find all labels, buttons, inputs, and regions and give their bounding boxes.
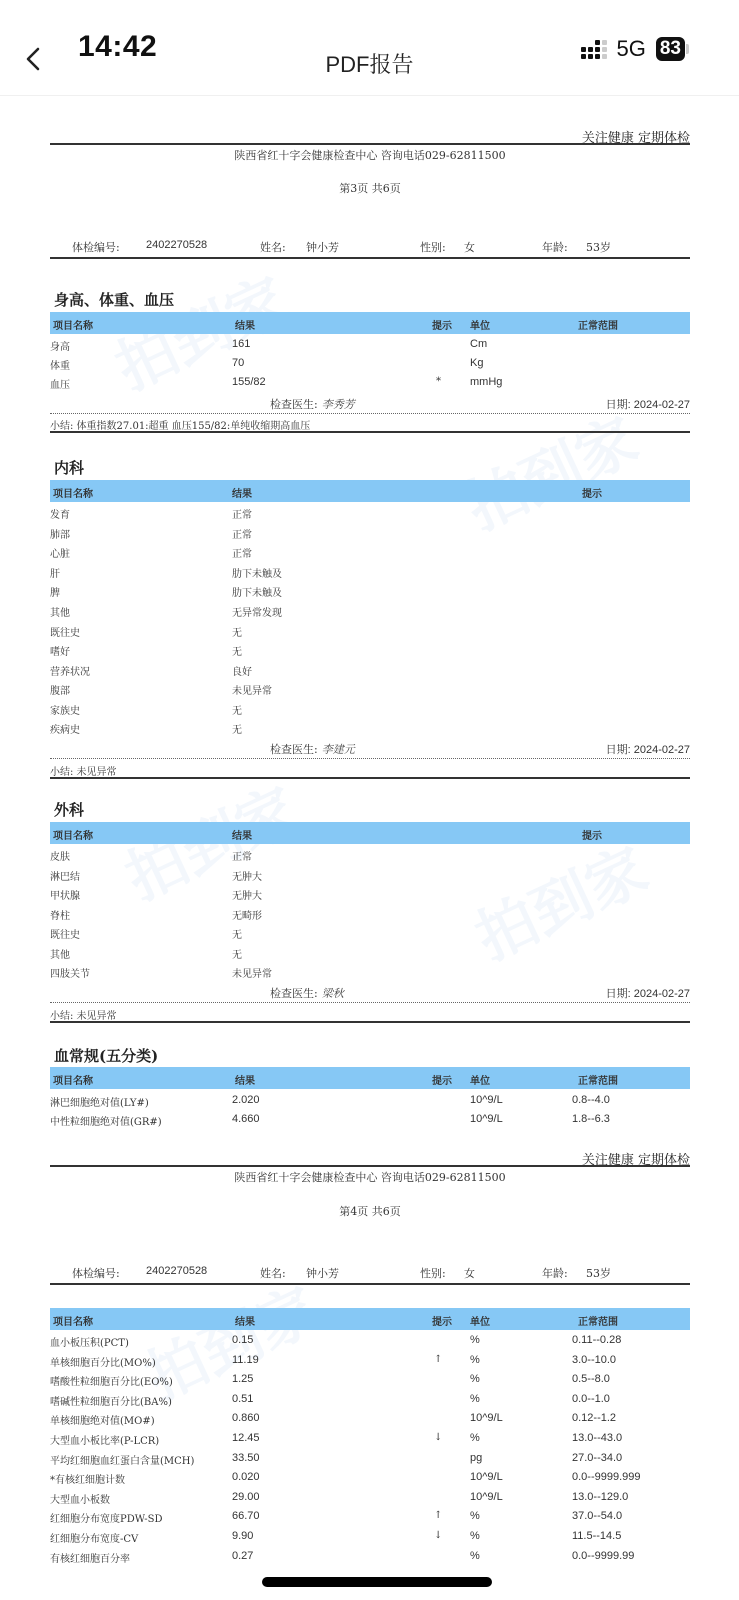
patient-name: 钟小芳 (306, 1265, 339, 1281)
table-row: 嗜好无 (50, 640, 690, 660)
table-row: 红细胞分布宽度PDW-SD66.70↑%37.0--54.0 (50, 1507, 690, 1527)
page-number: 第3页 共6页 (50, 180, 690, 196)
table-row: 既往史无 (50, 621, 690, 641)
section-summary: 小结: 未见异常 (50, 1005, 690, 1023)
table-row: 肝肋下未触及 (50, 562, 690, 582)
table-header: 项目名称 结果 提示 单位 正常范围 (50, 1067, 690, 1089)
exam-date: 日期: 2024-02-27 (606, 741, 690, 757)
table-row: 脊柱无畸形 (50, 904, 690, 924)
network-type: 5G (617, 36, 646, 62)
table-row: 其他无异常发现 (50, 601, 690, 621)
org-name: 陕西省红十字会健康检查中心 咨询电话029-62811500 (50, 1169, 690, 1185)
table-row: 四肢关节未见异常 (50, 962, 690, 982)
table-row: 甲状腺无肿大 (50, 884, 690, 904)
table-row: 血压 155/82 * mmHg (50, 373, 690, 393)
table-row: 肺部正常 (50, 523, 690, 543)
home-indicator[interactable] (262, 1577, 492, 1587)
signal-bars-icon (581, 40, 607, 59)
table-row: 腹部未见异常 (50, 679, 690, 699)
section-title-surgery: 外科 (54, 799, 84, 820)
doctor-signature-row: 检查医生:李建元 日期: 2024-02-27 (50, 739, 690, 759)
table-row: 中性粒细胞绝对值(GR#) 4.660 10^9/L 1.8--6.3 (50, 1110, 690, 1130)
table-row: 大型血小板比率(P-LCR)12.45↓%13.0--43.0 (50, 1429, 690, 1449)
table-row: 心脏正常 (50, 542, 690, 562)
table-row: 体重 70 Kg (50, 354, 690, 374)
doctor-signature-row: 检查医生:梁秋 日期: 2024-02-27 (50, 983, 690, 1003)
table-row: 平均红细胞血红蛋白含量(MCH)33.50pg27.0--34.0 (50, 1449, 690, 1469)
table-row: 红细胞分布宽度-CV9.90↓%11.5--14.5 (50, 1527, 690, 1547)
section-summary: 小结: 未见异常 (50, 761, 690, 779)
table-row: 大型血小板数29.0010^9/L13.0--129.0 (50, 1488, 690, 1508)
table-row: 既往史无 (50, 923, 690, 943)
table-row: 其他无 (50, 943, 690, 963)
low-flag: ↓ (434, 1530, 442, 1541)
exam-id: 2402270528 (146, 239, 207, 251)
table-row: *有核红细胞计数0.02010^9/L0.0--9999.999 (50, 1468, 690, 1488)
signature: 李秀芳 (322, 398, 355, 411)
table-row: 有核红细胞百分率0.27%0.0--9999.99 (50, 1547, 690, 1567)
high-flag: ↑ (434, 1510, 442, 1521)
org-name: 陕西省红十字会健康检查中心 咨询电话029-62811500 (50, 147, 690, 163)
table-row: 嗜碱性粒细胞百分比(BA%)0.51%0.0--1.0 (50, 1390, 690, 1410)
patient-info: 体检编号: 2402270528 姓名: 钟小芳 性别: 女 年龄: 53岁 (50, 1263, 690, 1285)
signature: 李建元 (322, 743, 355, 756)
table-row: 单核细胞百分比(MO%)11.19↑%3.0--10.0 (50, 1351, 690, 1371)
table-header: 项目名称 结果 提示 (50, 822, 690, 844)
table-header: 项目名称 结果 提示 单位 正常范围 (50, 1308, 690, 1330)
table-row: 营养状况良好 (50, 660, 690, 680)
doctor-signature-row: 检查医生:李秀芳 日期: 2024-02-27 (50, 394, 690, 414)
table-row: 淋巴细胞绝对值(LY#) 2.020 10^9/L 0.8--4.0 (50, 1091, 690, 1111)
section-title-blood: 血常规(五分类) (54, 1045, 158, 1066)
battery-icon: 83 (656, 37, 689, 61)
patient-sex: 女 (464, 239, 475, 255)
table-row: 单核细胞绝对值(MO#)0.86010^9/L0.12--1.2 (50, 1409, 690, 1429)
section-summary: 小结: 体重指数27.01:超重 血压155/82:单纯收缩期高血压 (50, 415, 690, 433)
exam-date: 日期: 2024-02-27 (606, 985, 690, 1001)
pdf-viewer[interactable]: 拍到家 拍到家 拍到家 拍到家 拍到家 关注健康 定期体检 陕西省红十字会健康检… (0, 97, 739, 1600)
battery-level: 83 (656, 37, 685, 61)
high-flag: ↑ (434, 1354, 442, 1365)
patient-age: 53岁 (586, 239, 611, 255)
table-header: 项目名称 结果 提示 (50, 480, 690, 502)
patient-info: 体检编号: 2402270528 姓名: 钟小芳 性别: 女 年龄: 53岁 (50, 237, 690, 259)
patient-name: 钟小芳 (306, 239, 339, 255)
patient-sex: 女 (464, 1265, 475, 1281)
section-title-internal: 内科 (54, 457, 84, 478)
table-row: 身高 161 Cm (50, 335, 690, 355)
exam-id: 2402270528 (146, 1265, 207, 1277)
table-row: 疾病史无 (50, 718, 690, 738)
patient-age: 53岁 (586, 1265, 611, 1281)
table-row: 家族史无 (50, 699, 690, 719)
signature: 梁秋 (322, 987, 344, 1000)
table-row: 发育正常 (50, 503, 690, 523)
abnormal-flag: * (436, 376, 441, 387)
page-number: 第4页 共6页 (50, 1203, 690, 1219)
table-header: 项目名称 结果 提示 单位 正常范围 (50, 312, 690, 334)
table-row: 皮肤正常 (50, 845, 690, 865)
exam-date: 日期: 2024-02-27 (606, 396, 690, 412)
table-row: 血小板压积(PCT)0.15%0.11--0.28 (50, 1331, 690, 1351)
table-row: 嗜酸性粒细胞百分比(EO%)1.25%0.5--8.0 (50, 1370, 690, 1390)
table-row: 淋巴结无肿大 (50, 865, 690, 885)
table-row: 脾肋下未触及 (50, 581, 690, 601)
low-flag: ↓ (434, 1432, 442, 1443)
top-bar: 14:42 PDF报告 5G 83 (0, 0, 739, 96)
status-icons: 5G 83 (581, 36, 690, 62)
section-title-vitals: 身高、体重、血压 (54, 289, 174, 310)
